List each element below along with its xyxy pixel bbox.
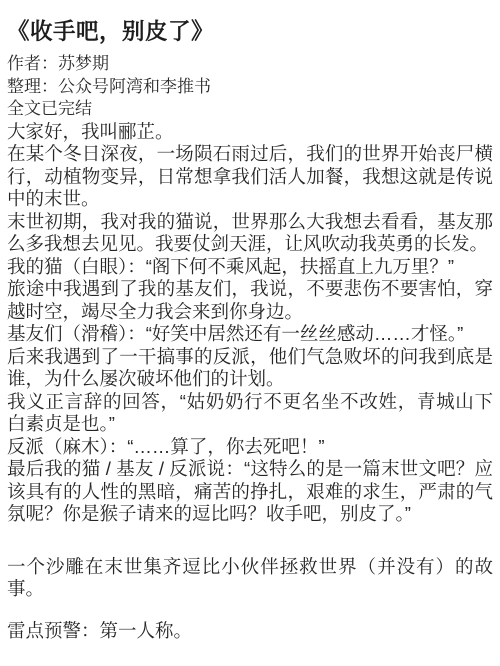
- content-warning: 雷点预警：第一人称。: [7, 620, 493, 643]
- story-paragraph: 在某个冬日深夜，一场陨石雨过后，我们的世界开始丧尸横行，动植物变异，日常想拿我们…: [7, 143, 493, 211]
- story-paragraph: 大家好，我叫郦芷。: [7, 121, 493, 144]
- compiler-line: 整理：公众号阿湾和李推书: [7, 76, 493, 99]
- story-paragraph: 基友们（滑稽）：“好笑中居然还有一丝丝感动……才怪。”: [7, 323, 493, 346]
- completion-status: 全文已完结: [7, 98, 493, 121]
- story-paragraph: 最后我的猫 / 基友 / 反派说：“这特么的是一篇末世文吧？应该具有的人性的黑暗…: [7, 458, 493, 526]
- novel-title: 《收手吧，别皮了》: [7, 17, 493, 47]
- story-paragraph: 我的猫（白眼）：“阁下何不乘风起，扶摇直上九万里？”: [7, 256, 493, 279]
- story-paragraph: 我义正言辞的回答，“姑奶奶行不更名坐不改姓，青城山下白素贞是也。”: [7, 391, 493, 436]
- novel-intro-document: 《收手吧，别皮了》 作者：苏梦期 整理：公众号阿湾和李推书 全文已完结 大家好，…: [0, 0, 500, 666]
- story-summary: 一个沙雕在末世集齐逗比小伙伴拯救世界（并没有）的故事。: [7, 556, 493, 601]
- story-paragraph: 末世初期，我对我的猫说，世界那么大我想去看看，基友那么多我想去见见。我要仗剑天涯…: [7, 211, 493, 256]
- story-paragraph: 后来我遇到了一干搞事的反派，他们气急败坏的问我到底是谁，为什么屡次破坏他们的计划…: [7, 346, 493, 391]
- story-paragraph: 旅途中我遇到了我的基友们，我说，不要悲伤不要害怕，穿越时空，竭尽全力我会来到你身…: [7, 278, 493, 323]
- story-paragraph: 反派（麻木）：“……算了，你去死吧！”: [7, 436, 493, 459]
- author-line: 作者：苏梦期: [7, 53, 493, 76]
